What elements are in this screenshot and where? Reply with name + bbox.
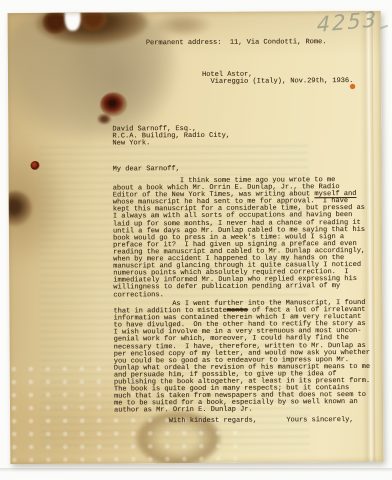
stain-left-edge-dark [8,191,32,226]
paper-tear-notch [65,11,81,31]
stain-top-left-dark-spot [80,11,107,31]
paragraph-2: As I went further into the Manuscript, I… [113,300,370,415]
permanent-address-line: Permanent address: 11, Via Condotti, Rom… [146,39,327,47]
letter-text: author as Mr. Orrin E. Dunlap Jr. [114,406,253,415]
recipient-address-block: David Sarnoff, Esq.,R.C.A. Building, Rad… [112,126,230,148]
letter-line: New York. [112,140,230,148]
stain-maroon-spot [100,92,127,116]
dateline-block: Hotel Astor, Viareggio (Italy), Nov.29th… [202,71,353,86]
letter-text: New York. [112,139,150,147]
letter-line: Viareggio (Italy), Nov.29th, 1936. [202,78,353,86]
pencil-dash-mark [380,25,388,30]
ink-dot [350,84,355,89]
letter-line: corrections. [113,290,365,299]
stain-top-left-dark-band [36,11,148,45]
stain-red-dot [31,161,40,170]
letter-text: corrections. [113,291,163,299]
letter-text: Viareggio (Italy), Nov.29th, 1936. [202,77,353,86]
stain-left-edge-halo [8,143,70,266]
stain-top-left-dark-spot [43,11,68,34]
scanner-shadow [0,468,392,472]
closing-line: With kindest regards, Yours sincerely, [114,417,353,426]
letter-line: author as Mr. Orrin E. Dunlap Jr. [114,406,370,415]
stain-maroon-spot-small [97,114,111,125]
letter-sheet: Permanent address: 11, Via Condotti, Rom… [8,11,384,464]
scan-background: Permanent address: 11, Via Condotti, Rom… [0,0,392,480]
paragraph-1: I think some time ago you wrote to meabo… [113,177,366,299]
stain-top-center-smudge [155,14,211,36]
stain-top-left-halo [8,11,179,141]
salutation-line: My dear Sarnoff, [113,166,180,174]
